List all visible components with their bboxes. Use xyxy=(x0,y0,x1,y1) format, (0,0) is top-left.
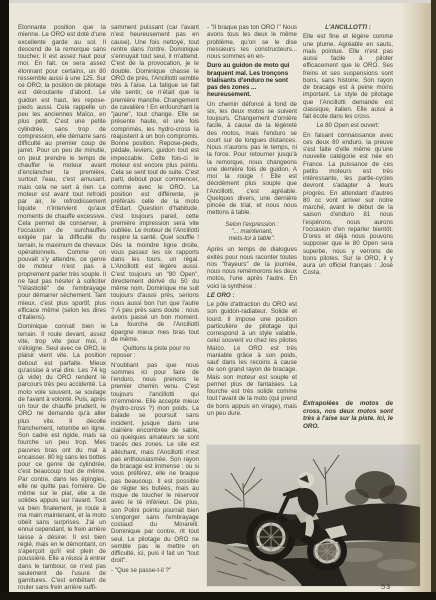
paragraph: Dominique connait bien le terrain. Il ro… xyxy=(18,323,106,591)
text-column-3: - "Il braque pas ton ORO !" Nous avons t… xyxy=(207,24,297,419)
page-number: 53 xyxy=(381,582,405,591)
inline-subhead: Quittons la piste pour no reposer : xyxy=(111,345,199,360)
dialogue-line: - "Que se passe-t-il ?" xyxy=(111,567,199,574)
paragraph: Elle est fine et légère comme une plume.… xyxy=(303,33,393,120)
oro-heading: LE ORO : xyxy=(207,292,297,299)
text-column-4: L'ANCILLOTTI : Elle est fine et légère c… xyxy=(303,24,393,279)
paragraph: samment puissant (car l'avant n'est heur… xyxy=(111,24,199,343)
photo-caption: Extrapolées de motos de cross, nos deux … xyxy=(303,400,393,430)
paragraph: N'oubliant pas que nous sommes ici pour … xyxy=(111,362,199,565)
paragraph: En faisant connaissance avec ces deux 80… xyxy=(303,132,393,277)
pull-quote-line: "... maintenant, xyxy=(207,228,297,235)
pull-quote-line: Selon l'expression : xyxy=(207,221,297,228)
photo-illustration xyxy=(207,445,420,586)
scan-edge-top xyxy=(9,0,431,3)
magazine-page: Etonnante position que la mienne. Le ORO… xyxy=(9,0,431,592)
paragraph: Après un temps de dialogues exités pour … xyxy=(207,246,297,290)
ancillotti-heading: L'ANCILLOTTI : xyxy=(303,24,393,31)
paragraph: - "Il braque pas ton ORO !" Nous avons t… xyxy=(207,24,297,60)
text-column-1: Etonnante position que la mienne. Le ORO… xyxy=(18,24,106,594)
text-column-2: samment puissant (car l'avant n'est heur… xyxy=(111,24,199,576)
scan-edge-bottom xyxy=(0,592,436,600)
photo-motocross-jump xyxy=(207,445,420,586)
pull-quote-line: mets-toi à table". xyxy=(207,235,297,242)
section-heading: Duro au guidon de moto qui braquent mal.… xyxy=(207,62,297,98)
open-subheading: Le 80 Open est ouvert: xyxy=(303,122,393,129)
magazine-scan: { "page": { "number": "53", "photo_capti… xyxy=(0,0,436,600)
paragraph: Etonnante position que la mienne. Le ORO… xyxy=(18,24,106,321)
paragraph: Le pôle d'attraction du ORO est son guid… xyxy=(207,301,297,417)
scan-edge-right xyxy=(431,0,436,600)
paragraph: Un chemin défoncé à fond de six, les deu… xyxy=(207,101,297,217)
pull-quote: Selon l'expression : "... maintenant, me… xyxy=(207,221,297,243)
